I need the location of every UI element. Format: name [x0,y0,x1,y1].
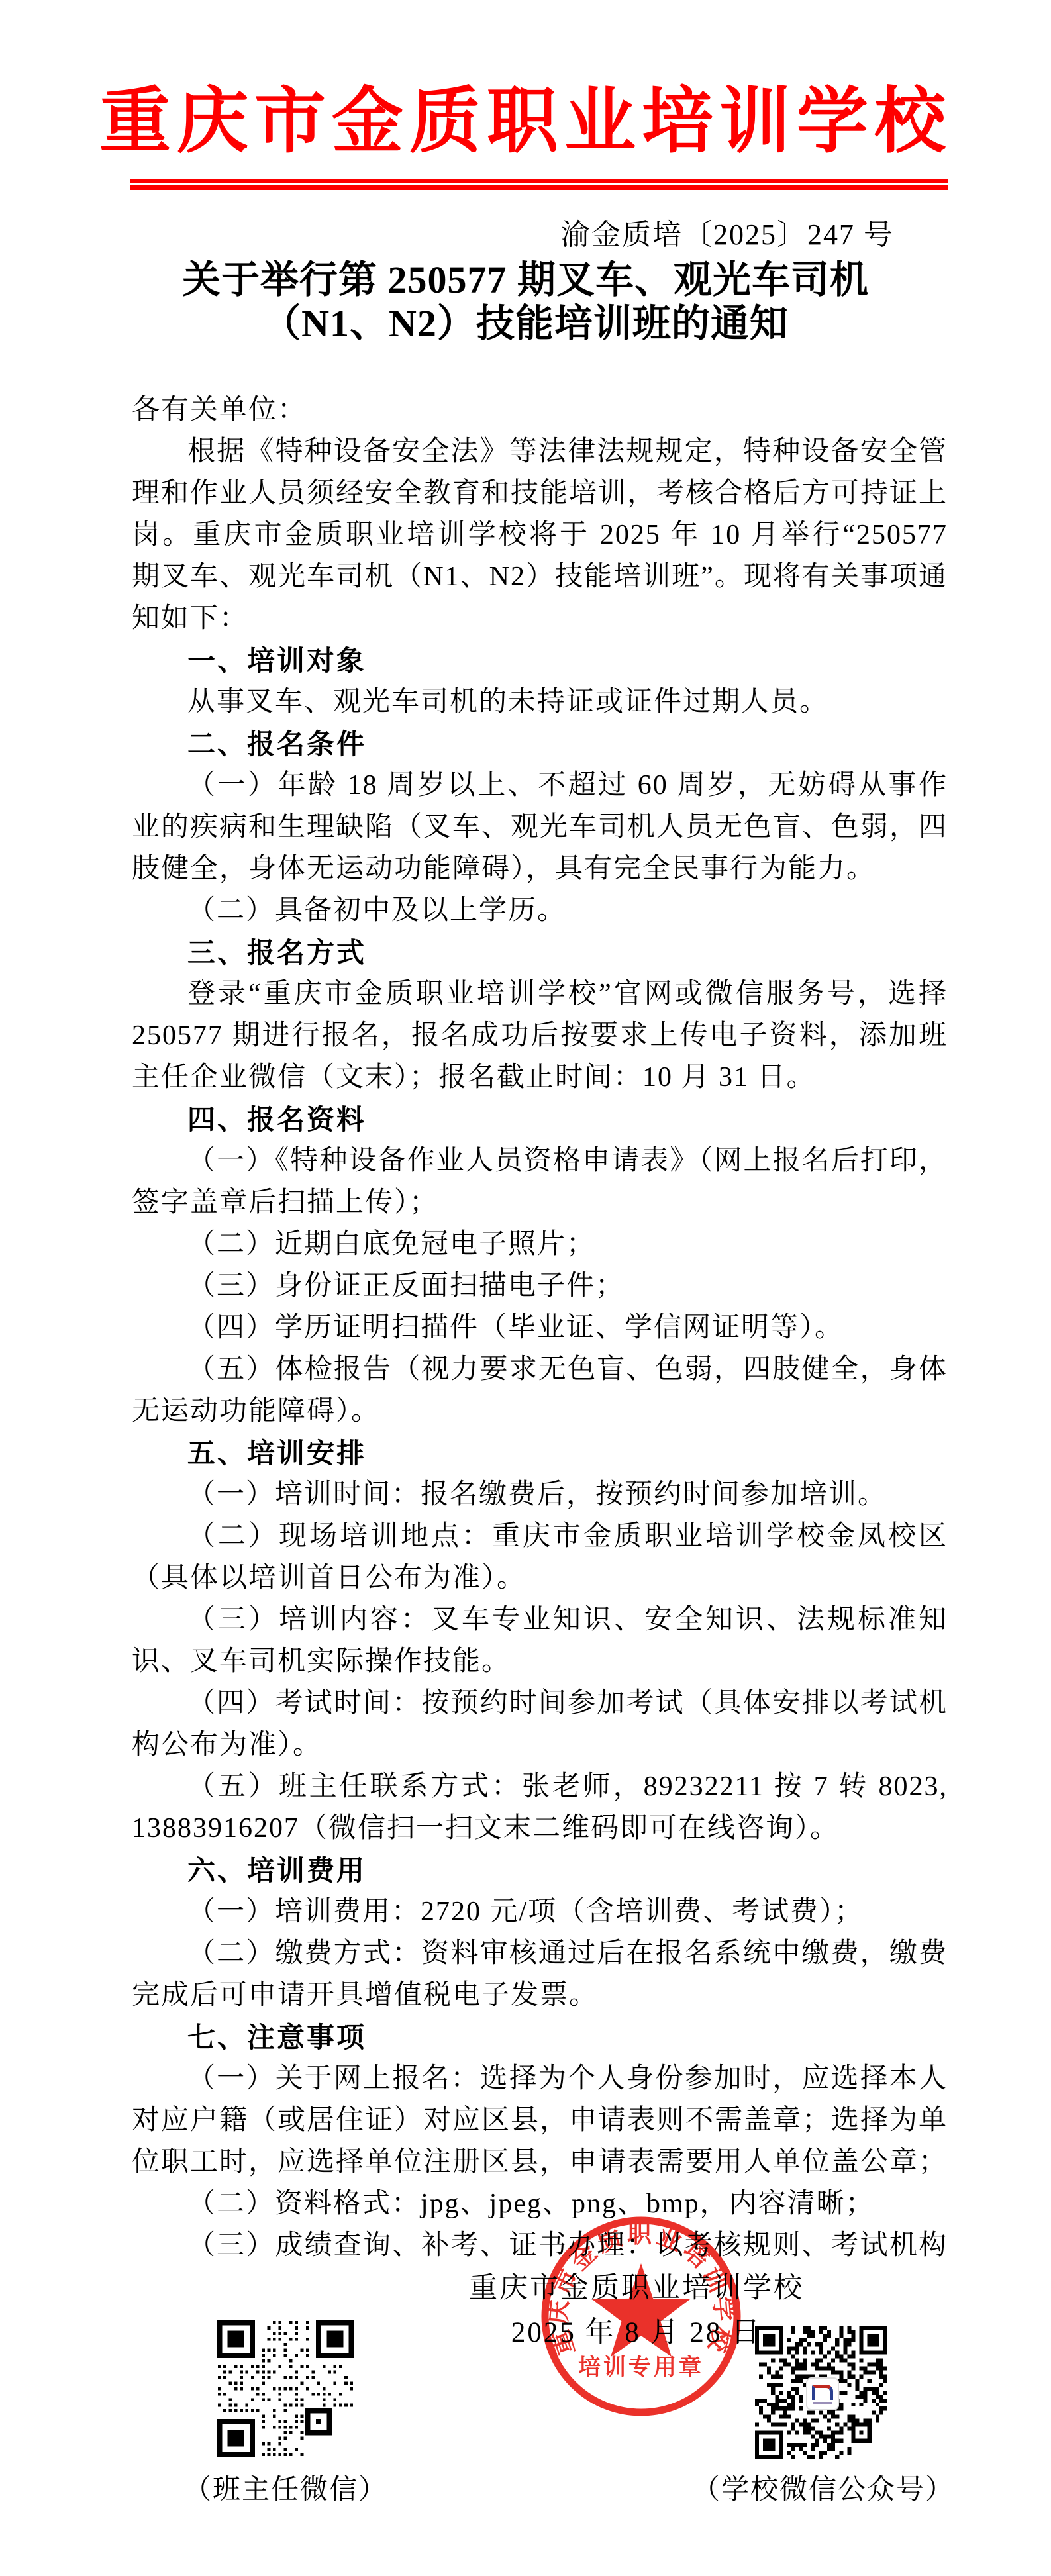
paragraph: 从事叉车、观光车司机的未持证或证件过期人员。 [132,681,948,723]
paragraph: （一）年龄 18 周岁以上、不超过 60 周岁，无妨碍从事作业的疾病和生理缺陷（… [132,765,948,890]
paragraph: （五）体检报告（视力要求无色盲、色弱，四肢健全，身体无运动功能障碍）。 [132,1349,948,1432]
paragraph: （三）成绩查询、补考、证书办理：以考核规则、考试机构和发证机关公布为准。 [132,2225,948,2260]
notice-body: 各有关单位： 根据《特种设备安全法》等法律法规规定，特种设备安全管理和作业人员须… [132,389,948,2260]
paragraph: （二）具备初中及以上学历。 [132,890,948,932]
paragraph: （四）学历证明扫描件（毕业证、学信网证明等）。 [132,1307,948,1349]
paragraph: 登录“重庆市金质职业培训学校”官网或微信服务号，选择 250577 期进行报名，… [132,973,948,1099]
section-heading: 一、培训对象 [132,640,948,681]
paragraph: （二）近期白底免冠电子照片； [132,1224,948,1265]
paragraph: （四）考试时间：按预约时间参加考试（具体安排以考试机构公布为准）。 [132,1683,948,1766]
paragraph: （三）身份证正反面扫描电子件； [132,1265,948,1307]
paragraph: （二）现场培训地点：重庆市金质职业培训学校金凤校区（具体以培训首日公布为准）。 [132,1516,948,1599]
section-heading: 五、培训安排 [132,1432,948,1474]
intro-paragraph: 根据《特种设备安全法》等法律法规规定，特种设备安全管理和作业人员须经安全教育和技… [132,431,948,640]
paragraph: （一）《特种设备作业人员资格申请表》（网上报名后打印，签字盖章后扫描上传）； [132,1140,948,1224]
paragraph: （一）关于网上报名：选择为个人身份参加时，应选择本人对应户籍（或居住证）对应区县… [132,2058,948,2183]
section-heading: 三、报名方式 [132,932,948,973]
red-divider [130,179,948,190]
section-heading: 六、培训费用 [132,1850,948,1891]
paragraph: （三）培训内容：叉车专业知识、安全知识、法规标准知识、叉车司机实际操作技能。 [132,1599,948,1683]
section-heading: 四、报名资料 [132,1099,948,1140]
paragraph: （五）班主任联系方式：张老师，89232211 按 7 转 8023, 1388… [132,1766,948,1850]
section-heading: 二、报名条件 [132,723,948,765]
salutation: 各有关单位： [132,389,948,431]
doc-number: 渝金质培〔2025〕247 号 [0,211,894,253]
notice-title: 关于举行第 250577 期叉车、观光车司机 （N1、N2）技能培训班的通知 [0,258,1051,346]
stamp-bottom-text: 培训专用章 [578,2354,704,2380]
notice-document: 重庆市金质职业培训学校 渝金质培〔2025〕247 号 关于举行第 250577… [0,0,1051,2576]
signoff-org: 重庆市金质职业培训学校 [387,2266,885,2310]
paragraph: （一）培训费用：2720 元/项（含培训费、考试费）； [132,1891,948,1933]
section-heading: 七、注意事项 [132,2016,948,2058]
notice-title-line1: 关于举行第 250577 期叉车、观光车司机 [0,258,1051,302]
qr-code-school-account [755,2326,887,2459]
qr-label-teacher: （班主任微信） [183,2467,387,2507]
paragraph: （二）缴费方式：资料审核通过后在报名系统中缴费，缴费完成后可申请开具增值税电子发… [132,1933,948,2016]
paragraph: （一）培训时间：报名缴费后，按预约时间参加培训。 [132,1474,948,1516]
notice-title-line2: （N1、N2）技能培训班的通知 [0,302,1051,346]
logo-glyph-icon [812,2385,833,2400]
qr-code-teacher-wechat [217,2320,354,2457]
qr-center-logo [806,2377,839,2410]
qr-label-school: （学校微信公众号） [692,2467,954,2507]
school-letterhead: 重庆市金质职业培训学校 [0,64,1051,166]
paragraph: （二）资料格式：jpg、jpeg、png、bmp，内容清晰； [132,2183,948,2225]
